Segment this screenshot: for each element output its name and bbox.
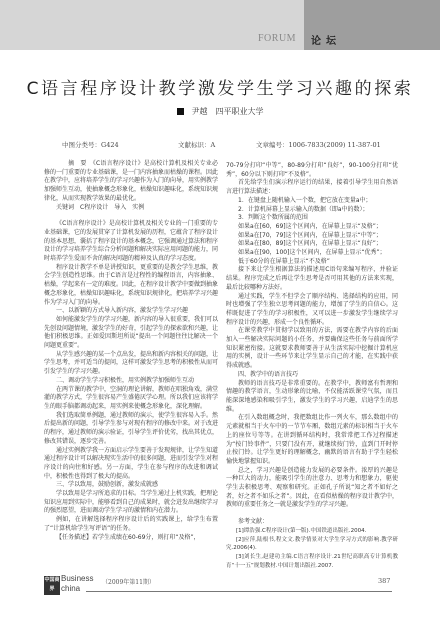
body-paragraph: 总之，学习兴趣是创造能力发展的必要条件。浓厚的兴趣是一种巨大的动力，能吸引学生的… <box>226 467 398 511</box>
body-paragraph: 学以致用是学习所追求的目标。当学生通过上机实践，把理论知识应用到实际中，能够看到… <box>44 490 218 516</box>
footer-rule <box>86 591 392 592</box>
body-paragraph: 从学生感兴趣的某一个点出发，提出和新内容相关的问题，让学生思考，并可适当的提问，… <box>44 351 218 377</box>
keywords: 关键词 C程序设计 导入 实例 <box>44 204 218 213</box>
algorithm-condition: 如果a在[60，69]这个区间内，在屏幕上显示“及格”； <box>226 223 398 232</box>
references-heading: 参考文献： <box>226 518 398 527</box>
abstract: 摘 要 《C语言程序设计》是高校计算机及相关专业必修的一门重要的专业基础课，是一… <box>44 160 218 204</box>
reference-item: [1]谭浩强.C程序设计(第一版).中国铁道出版社.2004. <box>226 527 398 536</box>
algorithm-condition: 如果a在[90，100]这个区间内，在屏幕上显示“优秀”； <box>226 249 398 258</box>
body-paragraph: 通过实例教学我一方面启示学生要善于发现规律，让学生知道通过程序设计可以解决现实生… <box>44 447 218 482</box>
body-paragraph: 在引入数组概念时，我把数组比作一列火车，那么数组中的元素就相当于火车中的一节节车… <box>226 414 398 466</box>
body-paragraph: 接下来让学生根据算法的描述用C语句来编写程序，并验证结果。程序完成之后再让学生思… <box>226 266 398 292</box>
section-heading: 一、以新颖的方式导入新内容，激发学生学习兴趣 <box>44 307 218 316</box>
body-paragraph: 例如，在讲解选择程序程序设计后的实践课上，给学生布置了“计算机给学生写评语”的任… <box>44 516 218 533</box>
body-paragraph: 我们选取简单例题，通过教师的演示，使学生很容易入手。然后提出新的问题，引导学生参… <box>44 412 218 447</box>
reference-item: [2]应萍,陆根书,程文文.教学情景对大学生学习方式的影响.教学研究.2006(… <box>226 536 398 553</box>
body-paragraph: 在课堂教学中贯彻学以致用的方法，需要在教学内容的后面加入一些解决实际问题的小任务… <box>226 327 398 371</box>
body-paragraph: 【任务描述】若学生成绩在60-69分，则打印“及格”， <box>44 534 218 543</box>
body-paragraph: 通过实践，学生不但学会了顺序结构、选择结构的应用，同时也增强了学生独立思考问题的… <box>226 293 398 328</box>
algorithm-step: 2．计算机屏幕上显示输入的数据（即a中的数）； <box>226 206 398 215</box>
page-number: 387 <box>378 577 390 585</box>
document-code: 文献标识：A <box>178 140 215 149</box>
reference-item: [3]刘长生,赵建功主编.C语言程序设计.21世纪高职高专计算机教育“十一五”规… <box>226 553 398 570</box>
body-paragraph: 程序设计教学不单是讲授知识，更重要的是教会学生思维，教会学生创造性思维。由于C语… <box>44 264 218 308</box>
article-number: 文章编号：1006-7833(2009) 11-387-01 <box>256 140 381 149</box>
brand-line-2: china <box>61 584 93 594</box>
algorithm-condition: 如果a在[80，89]这个区间内，在屏幕上显示“良好”； <box>226 240 398 249</box>
magazine-logo: 中国商界 <box>44 576 60 595</box>
body-paragraph: 如何能激发学生的学习兴趣，新内容的导入很重要，我们可以先创设问题情境，激发学生的… <box>44 316 218 351</box>
body-paragraph: 教师的语言技巧是非常重要的。在教学中，教师富有哲理和情趣的教学语言，生动形象的比… <box>226 380 398 415</box>
author-line: 尹越四平职业大学 <box>0 106 440 117</box>
author-name: 尹越 <box>192 107 208 116</box>
section-label-cn: 论坛 <box>311 32 341 47</box>
right-column: 70-79分打印“中等”，80-89分打印“良好”，90-100分打印“优秀”，… <box>226 162 398 570</box>
algorithm-step: 1．在键盘上随机输入一个数，把它放在变量a中； <box>226 197 398 206</box>
section-label-en: FORUM <box>258 33 296 44</box>
body-paragraph: 《C语言程序设计》是高校计算机及相关专业的一门重要的专业基础课，它的发展贯穿了计… <box>44 220 218 264</box>
body-paragraph: 首先给学生们演示程序运行的结果，接着引导学生用自然语言进行算法描述： <box>226 179 398 196</box>
section-heading: 三、学以致用，鼓励创新，激发成就感 <box>44 481 218 490</box>
brand-line-1: Business <box>61 574 93 584</box>
body-paragraph: 70-79分打印“中等”，80-89分打印“良好”，90-100分打印“优秀”，… <box>226 162 398 179</box>
section-heading: 四、教学中的语言技巧 <box>226 371 398 380</box>
body-paragraph: 在两节课的教学中，空洞的理论讲解，教师在唱独角戏，满堂灌的教学方式，学生很容易产… <box>44 386 218 412</box>
bullet-square-icon <box>177 108 184 115</box>
algorithm-step: 3．判断这个数所属的范围 <box>226 214 398 223</box>
section-heading: 二、调动学生学习积极性，用实例教学加强师生互动 <box>44 377 218 386</box>
left-column: 摘 要 《C语言程序设计》是高校计算机及相关专业必修的一门重要的专业基础课，是一… <box>44 160 218 542</box>
author-affiliation: 四平职业大学 <box>216 107 264 116</box>
issue-label: （2009年第11期） <box>102 577 155 586</box>
article-title: C语言程序设计教学激发学生学习兴趣的探索 <box>0 74 440 99</box>
classification-number: 中图分类号：G424 <box>62 140 119 149</box>
